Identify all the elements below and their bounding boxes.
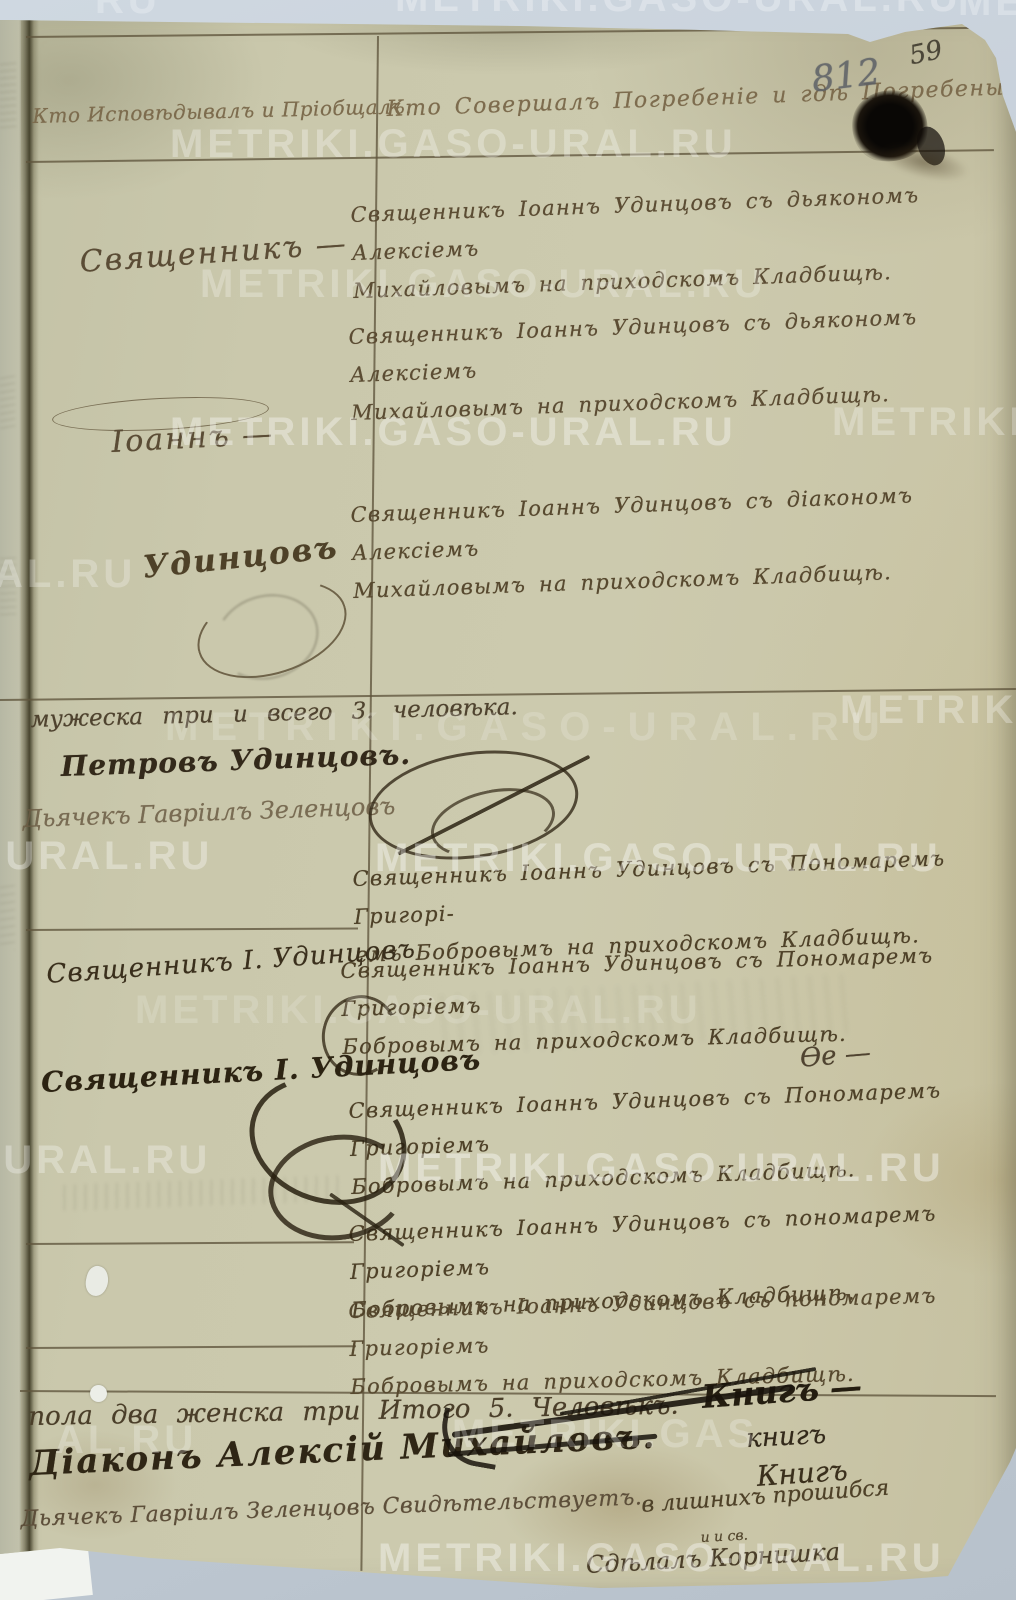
watermark-text: METRIKI.GASO-URAL.RU [170,410,737,455]
watermark-text: METRIKI.GA [832,400,1016,445]
watermark-layer: RU METRIKI.GASO-URAL.RU METRIKI.GA METRI… [0,0,1016,1600]
watermark-text: AL.RU [55,1418,197,1463]
watermark-text: METRIKI.GASO-URAL.RU [165,705,892,750]
watermark-text: METRIKI.GASO-URAL.RU [375,836,942,881]
watermark-text: METRIKI.GASO-URAL.RU [378,1146,945,1191]
watermark-text: AL.RU [0,552,136,597]
watermark-text: METRIKI.GA [958,0,1016,25]
watermark-text: RU [95,0,161,23]
watermark-text: -URAL.RU [0,1138,211,1183]
watermark-text: METRIKI.GASO-URAL.RU [135,988,702,1033]
watermark-text: METRIKI.GASO-URAL.RU [395,0,962,21]
watermark-text: METRIKI.GASO-URAL.RU [200,262,767,307]
watermark-text: METRIKI.GA [840,688,1016,733]
watermark-text: -URAL.RU [0,834,213,879]
watermark-text: METRIKI.GAS [452,1412,758,1457]
watermark-text: METRIKI.GASO-URAL.RU [170,122,737,167]
scanned-metric-book-page: Кто Исповѣдывалъ и Пріобщалъ. Кто Соверш… [0,0,1016,1600]
watermark-text: METRIKI.GASO-URAL.RU [378,1536,945,1581]
